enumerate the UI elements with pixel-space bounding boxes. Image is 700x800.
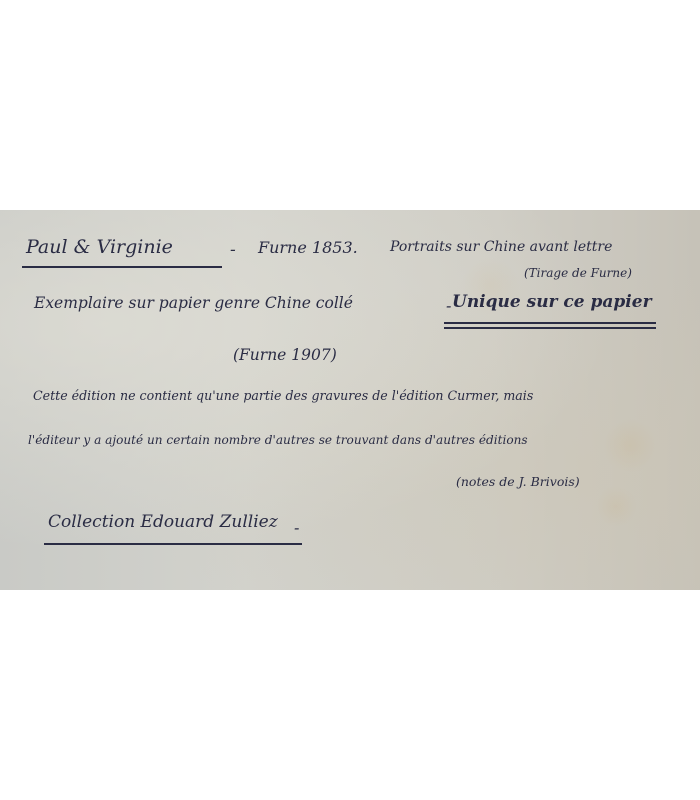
unique-text: Unique sur ce papier — [452, 294, 652, 311]
title-text: Paul & Virginie — [26, 238, 173, 257]
dash-3: - — [294, 520, 299, 536]
title-underline — [22, 266, 222, 268]
exemplaire-text: Exemplaire sur papier genre Chine collé — [34, 296, 353, 312]
collection-underline — [44, 543, 302, 545]
notes-attribution: (notes de J. Brivois) — [456, 476, 580, 489]
tirage-text: (Tirage de Furne) — [524, 267, 632, 279]
dash-1: - — [230, 242, 236, 259]
collection-text: Collection Edouard Zulliez — [48, 514, 278, 531]
body-line-2: l'éditeur y a ajouté un certain nombre d… — [28, 434, 528, 446]
unique-underline-1 — [444, 322, 656, 324]
unique-underline-2 — [444, 327, 656, 329]
furne-1907-text: (Furne 1907) — [233, 348, 337, 364]
body-line-1: Cette édition ne contient qu'une partie … — [33, 390, 533, 403]
handwritten-paper-sheet: Paul & Virginie - Furne 1853. Portraits … — [0, 210, 700, 590]
dash-2: - — [446, 298, 451, 314]
edition-text: Furne 1853. — [258, 240, 358, 256]
portraits-text: Portraits sur Chine avant lettre — [390, 240, 612, 254]
